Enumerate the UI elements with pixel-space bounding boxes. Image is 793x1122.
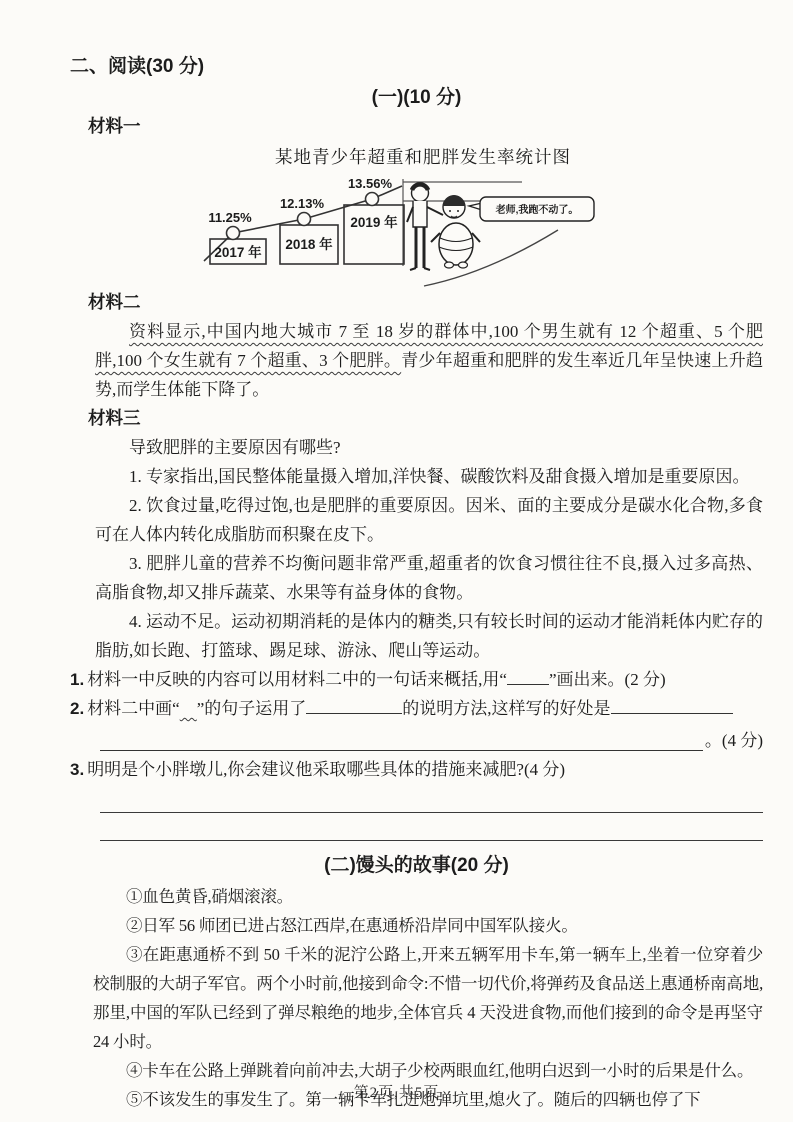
story-paragraph-2: ②日军 56 师团已进占怒江西岸,在惠通桥沿岸同中国军队接火。 [93, 911, 763, 940]
question-1-number: 1. [70, 670, 84, 689]
question-3-text: 明明是个小胖墩儿,你会建议他采取哪些具体的措施来减肥?(4 分) [87, 760, 565, 779]
material3-intro: 导致肥胖的主要原因有哪些? [95, 433, 763, 462]
teacher-figure [407, 184, 443, 270]
answer-line-1 [100, 784, 763, 813]
question-2-text-mid: ”的句子运用了 [197, 699, 307, 718]
speech-bubble-text: 老师,我跑不动了。 [495, 203, 579, 216]
wavy-line-mark [180, 694, 197, 723]
part1-header: (一)(10 分) [70, 83, 763, 112]
exam-page: 二、阅读(30 分) (一)(10 分) 材料一 某地青少年超重和肥胖发生率统计… [0, 0, 793, 1122]
question-2-number: 2. [70, 699, 84, 718]
value-label-2017: 11.25% [208, 210, 252, 225]
question-3-number: 3. [70, 760, 84, 779]
question-2-text-mid2: 的说明方法,这样写的好处是 [402, 699, 610, 718]
material2-label: 材料二 [88, 288, 763, 317]
material3-item-3: 3. 肥胖儿童的营养不均衡问题非常严重,超重者的饮食习惯往往不良,摄入过多高热、… [95, 549, 763, 607]
question-2: 2.材料二中画“ ”的句子运用了的说明方法,这样写的好处是 [70, 694, 763, 723]
story-paragraph-1: ①血色黄昏,硝烟滚滚。 [93, 882, 763, 911]
page-number: 第2页,共5页 [0, 1079, 793, 1108]
overweight-obesity-line-chart: 2017 年 2018 年 2019 年 11.25% 12.13% 13.56… [188, 174, 658, 288]
value-label-2019: 13.56% [348, 176, 393, 191]
section-header: 二、阅读(30 分) [70, 52, 763, 81]
chart-title: 某地青少年超重和肥胖发生率统计图 [188, 143, 658, 172]
category-label-2018: 2018 年 [285, 236, 333, 252]
question-2-tail: 。(4 分) [703, 726, 763, 755]
category-label-2017: 2017 年 [214, 244, 262, 260]
answer-blank-method [306, 696, 402, 714]
question-1: 1.材料一中反映的内容可以用材料二中的一句话来概括,用“”画出来。(2 分) [70, 665, 763, 694]
question-1-text-end: ”画出来。(2 分) [549, 670, 666, 689]
part2-header: (二)馒头的故事(20 分) [70, 851, 763, 880]
wavy-underlined-sentence-b: 100 个女生就有 7 个超重、3 个肥胖。 [117, 351, 402, 370]
question-2-text: 材料二中画“ [87, 699, 180, 718]
answer-blank-long [100, 733, 703, 751]
material3-item-1: 1. 专家指出,国民整体能量摄入增加,洋快餐、碳酸饮料及甜食摄入增加是重要原因。 [95, 462, 763, 491]
answer-blank-straight [507, 667, 549, 685]
value-label-2018: 12.13% [280, 196, 325, 211]
question-2-continuation: 。(4 分) [100, 726, 763, 755]
question-3: 3.明明是个小胖墩儿,你会建议他采取哪些具体的措施来减肥?(4 分) [70, 755, 763, 784]
speech-bubble: 老师,我跑不动了。 [469, 197, 594, 221]
answer-blank-benefit [611, 696, 733, 714]
question-1-text: 材料一中反映的内容可以用材料二中的一句话来概括,用“ [87, 670, 507, 689]
material3-item-4: 4. 运动不足。运动初期消耗的是体内的糖类,只有较长时间的运动才能消耗体内贮存的… [95, 607, 763, 665]
answer-line-2 [100, 813, 763, 841]
material3-item-2: 2. 饮食过量,吃得过饱,也是肥胖的重要原因。因米、面的主要成分是碳水化合物,多… [95, 491, 763, 549]
category-label-2019: 2019 年 [350, 214, 398, 230]
material1-label: 材料一 [88, 112, 763, 141]
material1-figure: 某地青少年超重和肥胖发生率统计图 2017 年 2018 年 2019 年 [188, 143, 658, 288]
material2-paragraph: 资料显示,中国内地大城市 7 至 18 岁的群体中,100 个男生就有 12 个… [95, 317, 763, 404]
material3-label: 材料三 [88, 404, 763, 433]
story-paragraph-3: ③在距惠通桥不到 50 千米的泥泞公路上,开来五辆军用卡车,第一辆车上,坐着一位… [93, 940, 763, 1056]
